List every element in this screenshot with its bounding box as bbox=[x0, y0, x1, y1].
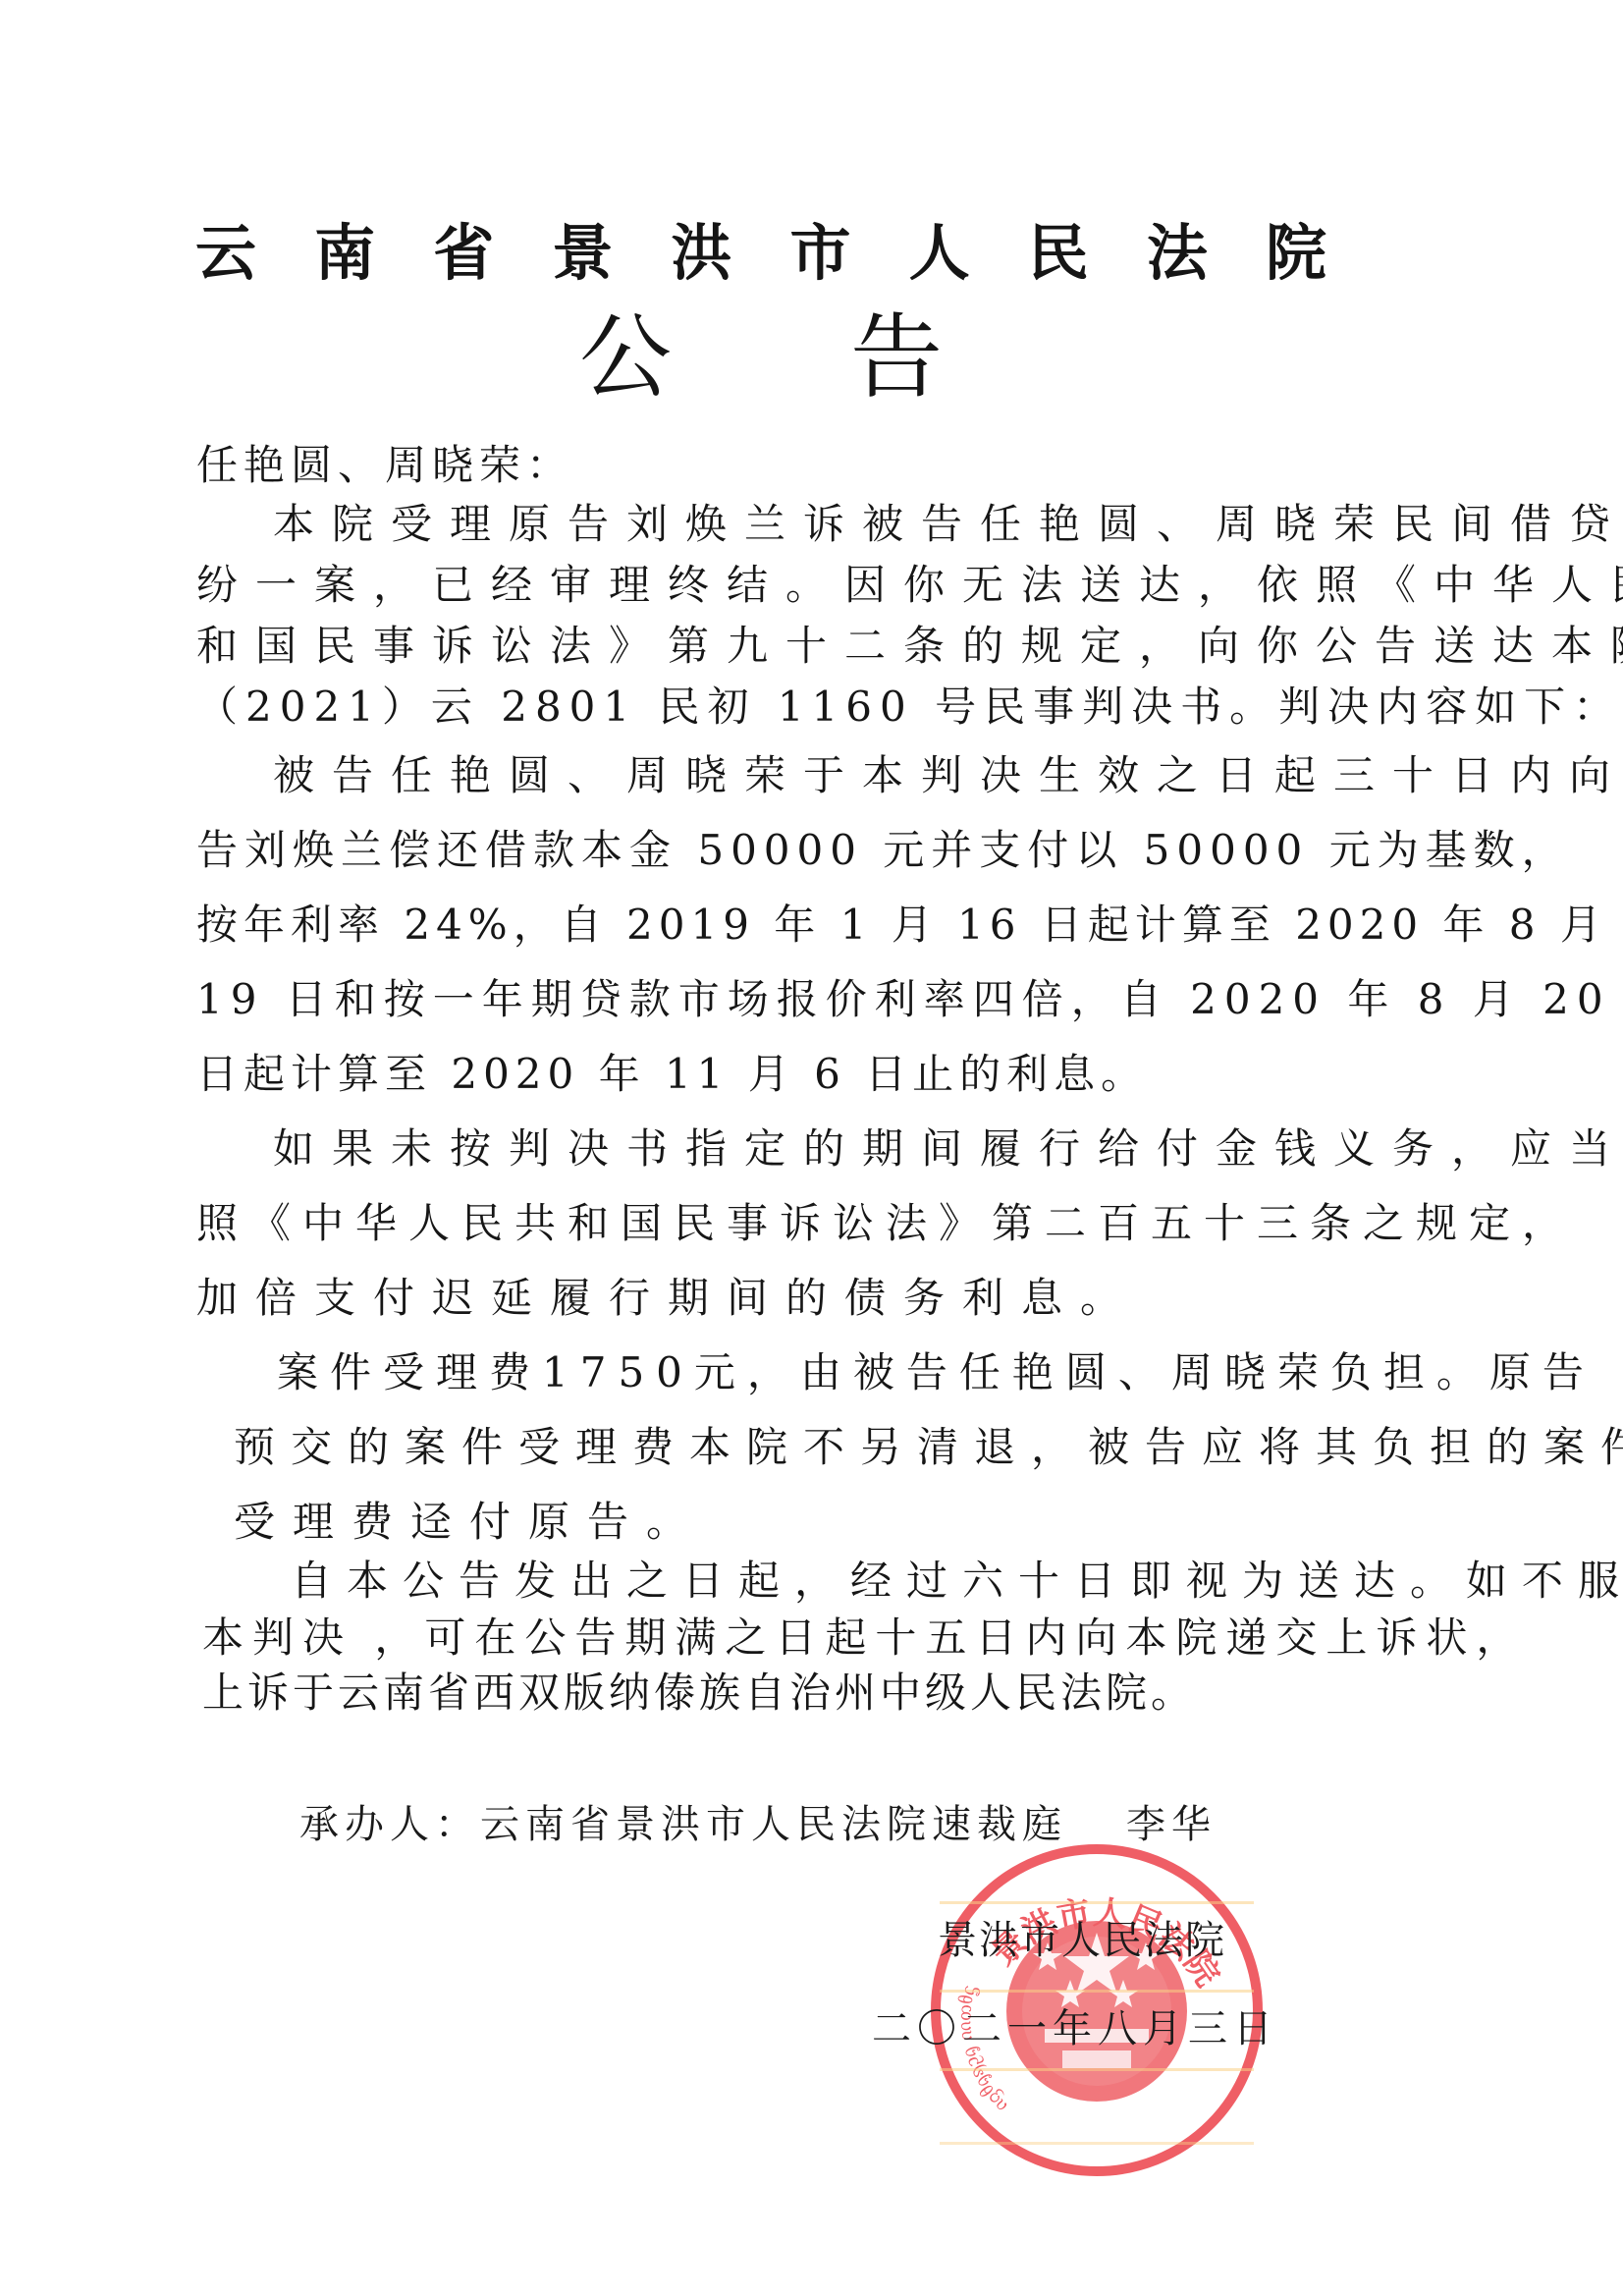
heading-char: 公 bbox=[579, 300, 672, 417]
handler-department: 云南省景洪市人民法院速裁庭 bbox=[480, 1802, 1067, 1847]
paragraph-line: 19 日和按一年期贷款市场报价利率四倍，自 2020 年 8 月 20 bbox=[196, 972, 1611, 1027]
handler-line: 承办人：云南省景洪市人民法院速裁庭李华 bbox=[299, 1799, 1217, 1850]
court-title-char: 法 bbox=[1143, 214, 1212, 293]
court-title-char: 洪 bbox=[667, 214, 735, 293]
heading-char: 告 bbox=[850, 300, 943, 417]
paragraph-line: （2021）云 2801 民初 1160 号民事判决书。判决内容如下： bbox=[196, 680, 1622, 735]
handler-label: 承办人： bbox=[299, 1802, 480, 1847]
court-title-char: 南 bbox=[310, 214, 379, 293]
court-title: 云 南 省 景 洪 市 人 民 法 院 bbox=[191, 214, 1330, 293]
paragraph-line: 上诉于云南省西双版纳傣族自治州中级人民法院。 bbox=[202, 1666, 1196, 1721]
paragraph-line: 告刘焕兰偿还借款本金 50000 元并支付以 50000 元为基数， bbox=[196, 823, 1570, 878]
court-title-char: 省 bbox=[429, 214, 498, 293]
addressee: 任艳圆、周晓荣： bbox=[196, 438, 573, 493]
paragraph-line: 预交的案件受理费本院不另清退，被告应将其负担的案件 bbox=[234, 1420, 1623, 1475]
court-title-char: 云 bbox=[191, 214, 260, 293]
notice-heading: 公 告 bbox=[579, 300, 943, 417]
handler-name: 李华 bbox=[1126, 1802, 1217, 1847]
court-title-char: 院 bbox=[1262, 214, 1330, 293]
court-title-char: 民 bbox=[1024, 214, 1093, 293]
paragraph-line: 照《中华人民共和国民事诉讼法》第二百五十三条之规定， bbox=[196, 1196, 1575, 1251]
court-title-char: 市 bbox=[786, 214, 855, 293]
paragraph-line: 本判决 ，可在公告期满之日起十五日内向本院递交上诉状， bbox=[202, 1611, 1526, 1666]
paragraph-line: 加倍支付迟延履行期间的债务利息。 bbox=[196, 1271, 1139, 1326]
notice-page: 云 南 省 景 洪 市 人 民 法 院 公 告 任艳圆、周晓荣： 本院受理原告刘… bbox=[0, 0, 1623, 2296]
court-title-char: 人 bbox=[905, 214, 974, 293]
paragraph-line: 日起计算至 2020 年 11 月 6 日止的利息。 bbox=[196, 1047, 1148, 1102]
paragraph-line: 纷一案，已经审理终结。因你无法送达，依照《中华人民共 bbox=[196, 558, 1623, 613]
paragraph-line: 案件受理费1750元，由被告任艳圆、周晓荣负担。原告 bbox=[277, 1345, 1596, 1400]
paragraph-line: 自本公告发出之日起，经过六十日即视为送达。如不服 bbox=[291, 1554, 1623, 1609]
paragraph-line: 按年利率 24%，自 2019 年 1 月 16 日起计算至 2020 年 8 … bbox=[196, 898, 1607, 953]
issue-date: 二〇二一年八月三日 bbox=[872, 2003, 1278, 2054]
issuer-name: 景洪市人民法院 bbox=[938, 1915, 1226, 1966]
paragraph-line: 如果未按判决书指定的期间履行给付金钱义务，应当依 bbox=[273, 1121, 1623, 1176]
court-title-char: 景 bbox=[548, 214, 617, 293]
paragraph-line: 受理费迳付原告。 bbox=[234, 1495, 705, 1550]
paragraph-line: 本院受理原告刘焕兰诉被告任艳圆、周晓荣民间借贷纠 bbox=[273, 497, 1623, 552]
paragraph-line: 和国民事诉讼法》第九十二条的规定，向你公告送达本院 bbox=[196, 619, 1623, 674]
paragraph-line: 被告任艳圆、周晓荣于本判决生效之日起三十日内向原 bbox=[273, 748, 1623, 803]
